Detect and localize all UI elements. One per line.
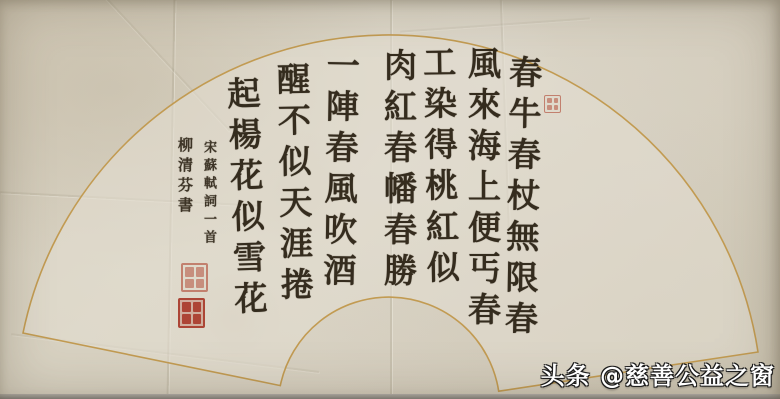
watermark-text: 头条 @慈善公益之窗 xyxy=(541,356,775,391)
signature-attribution-column: 宋蘇軾詞一首 xyxy=(199,140,218,248)
signature-artist-column: 柳清芬書 xyxy=(175,137,196,217)
photo-bottom-edge xyxy=(0,394,780,399)
calligraphy-column-6: 醒不似天涯捲 xyxy=(268,62,319,309)
artist-seal-upper xyxy=(181,263,208,292)
calligraphy-photo: 春牛春杖無限春 風來海上便丐春 工染得桃紅似 肉紅春幡春勝 一陣春風吹酒 醒不似… xyxy=(0,0,780,399)
calligraphy-column-4: 肉紅春幡春勝 xyxy=(375,48,422,294)
calligraphy-column-7: 起楊花似雪花 xyxy=(218,75,274,322)
artist-seal-lower xyxy=(178,298,205,328)
calligraphy-column-5: 一陣春風吹酒 xyxy=(314,48,365,295)
collection-seal xyxy=(544,95,561,113)
calligraphy-column-2: 風來海上便丐春 xyxy=(459,46,506,333)
